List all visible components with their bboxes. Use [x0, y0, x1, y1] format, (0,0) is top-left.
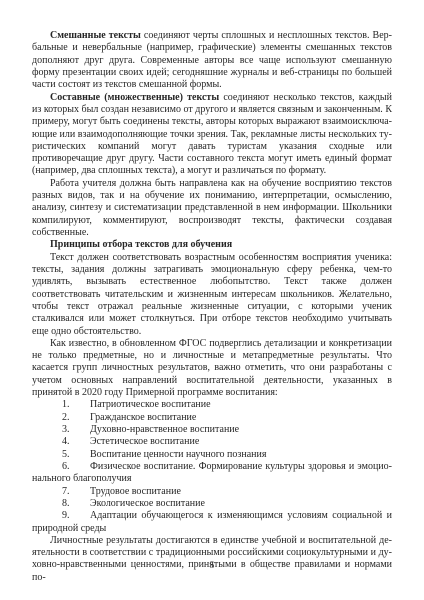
list-number: 5. [62, 449, 90, 461]
paragraph-body: Текст должен соответствовать возрастным … [32, 252, 392, 337]
list-number: 9. [62, 510, 90, 522]
list-number: 8. [62, 498, 90, 510]
paragraph-lead-bold: Составные (множественные) тексты [50, 92, 219, 103]
text-block: Смешанные тексты соединяют черты сплошны… [32, 30, 392, 584]
numbered-list-item: 9.Адаптации обучающегося к изменяющимся … [32, 510, 392, 535]
paragraph-teacher-work: Работа учителя должна быть направлена ка… [32, 178, 392, 240]
paragraph-fgos: Как известно, в обновленном ФГОС подверг… [32, 338, 392, 400]
list-item-text: Трудовое воспитание [90, 486, 181, 497]
paragraph-composite-texts: Составные (множественные) тексты соединя… [32, 92, 392, 178]
list-number: 4. [62, 436, 90, 448]
list-item-text: Патриотическое воспитание [90, 399, 211, 410]
section-heading-principles: Принципы отбора текстов для обучения [32, 239, 392, 251]
numbered-list-item: 5.Воспитание ценности научного познания [32, 449, 392, 461]
list-item-text: Воспитание ценности научного познания [90, 449, 266, 460]
paragraph-body: Как известно, в обновленном ФГОС подверг… [32, 338, 392, 398]
numbered-list-item: 8.Экологическое воспитание [32, 498, 392, 510]
paragraph-body: Работа учителя должна быть направлена ка… [32, 178, 392, 238]
numbered-list-item: 2.Гражданское воспитание [32, 412, 392, 424]
document-page: Смешанные тексты соединяют черты сплошны… [0, 0, 424, 600]
list-number: 2. [62, 412, 90, 424]
list-item-text: Гражданское воспитание [90, 412, 196, 423]
list-item-text: Экологическое воспитание [90, 498, 205, 509]
list-number: 7. [62, 486, 90, 498]
paragraph-lead-bold: Смешанные тексты [50, 30, 141, 41]
list-item-text: Эстетическое воспитание [90, 436, 199, 447]
paragraph-mixed-texts: Смешанные тексты соединяют черты сплошны… [32, 30, 392, 92]
paragraph-body: Личностные результаты достигаются в един… [32, 535, 392, 583]
numbered-list-item: 6.Физическое воспитание. Формирование ку… [32, 461, 392, 486]
numbered-list-item: 3.Духовно-нравственное воспитание [32, 424, 392, 436]
page-number: 5 [0, 561, 424, 571]
numbered-list-item: 4.Эстетическое воспитание [32, 436, 392, 448]
list-number: 1. [62, 399, 90, 411]
list-number: 6. [62, 461, 90, 473]
paragraph-body: соединяют несколько текстов, каждый из к… [32, 92, 392, 177]
numbered-list-item: 1.Патриотическое воспитание [32, 399, 392, 411]
list-number: 3. [62, 424, 90, 436]
paragraph-text-requirements: Текст должен соответствовать возрастным … [32, 252, 392, 338]
numbered-list-item: 7.Трудовое воспитание [32, 486, 392, 498]
paragraph-personal-results: Личностные результаты достигаются в един… [32, 535, 392, 584]
list-item-text: Духовно-нравственное воспитание [90, 424, 239, 435]
